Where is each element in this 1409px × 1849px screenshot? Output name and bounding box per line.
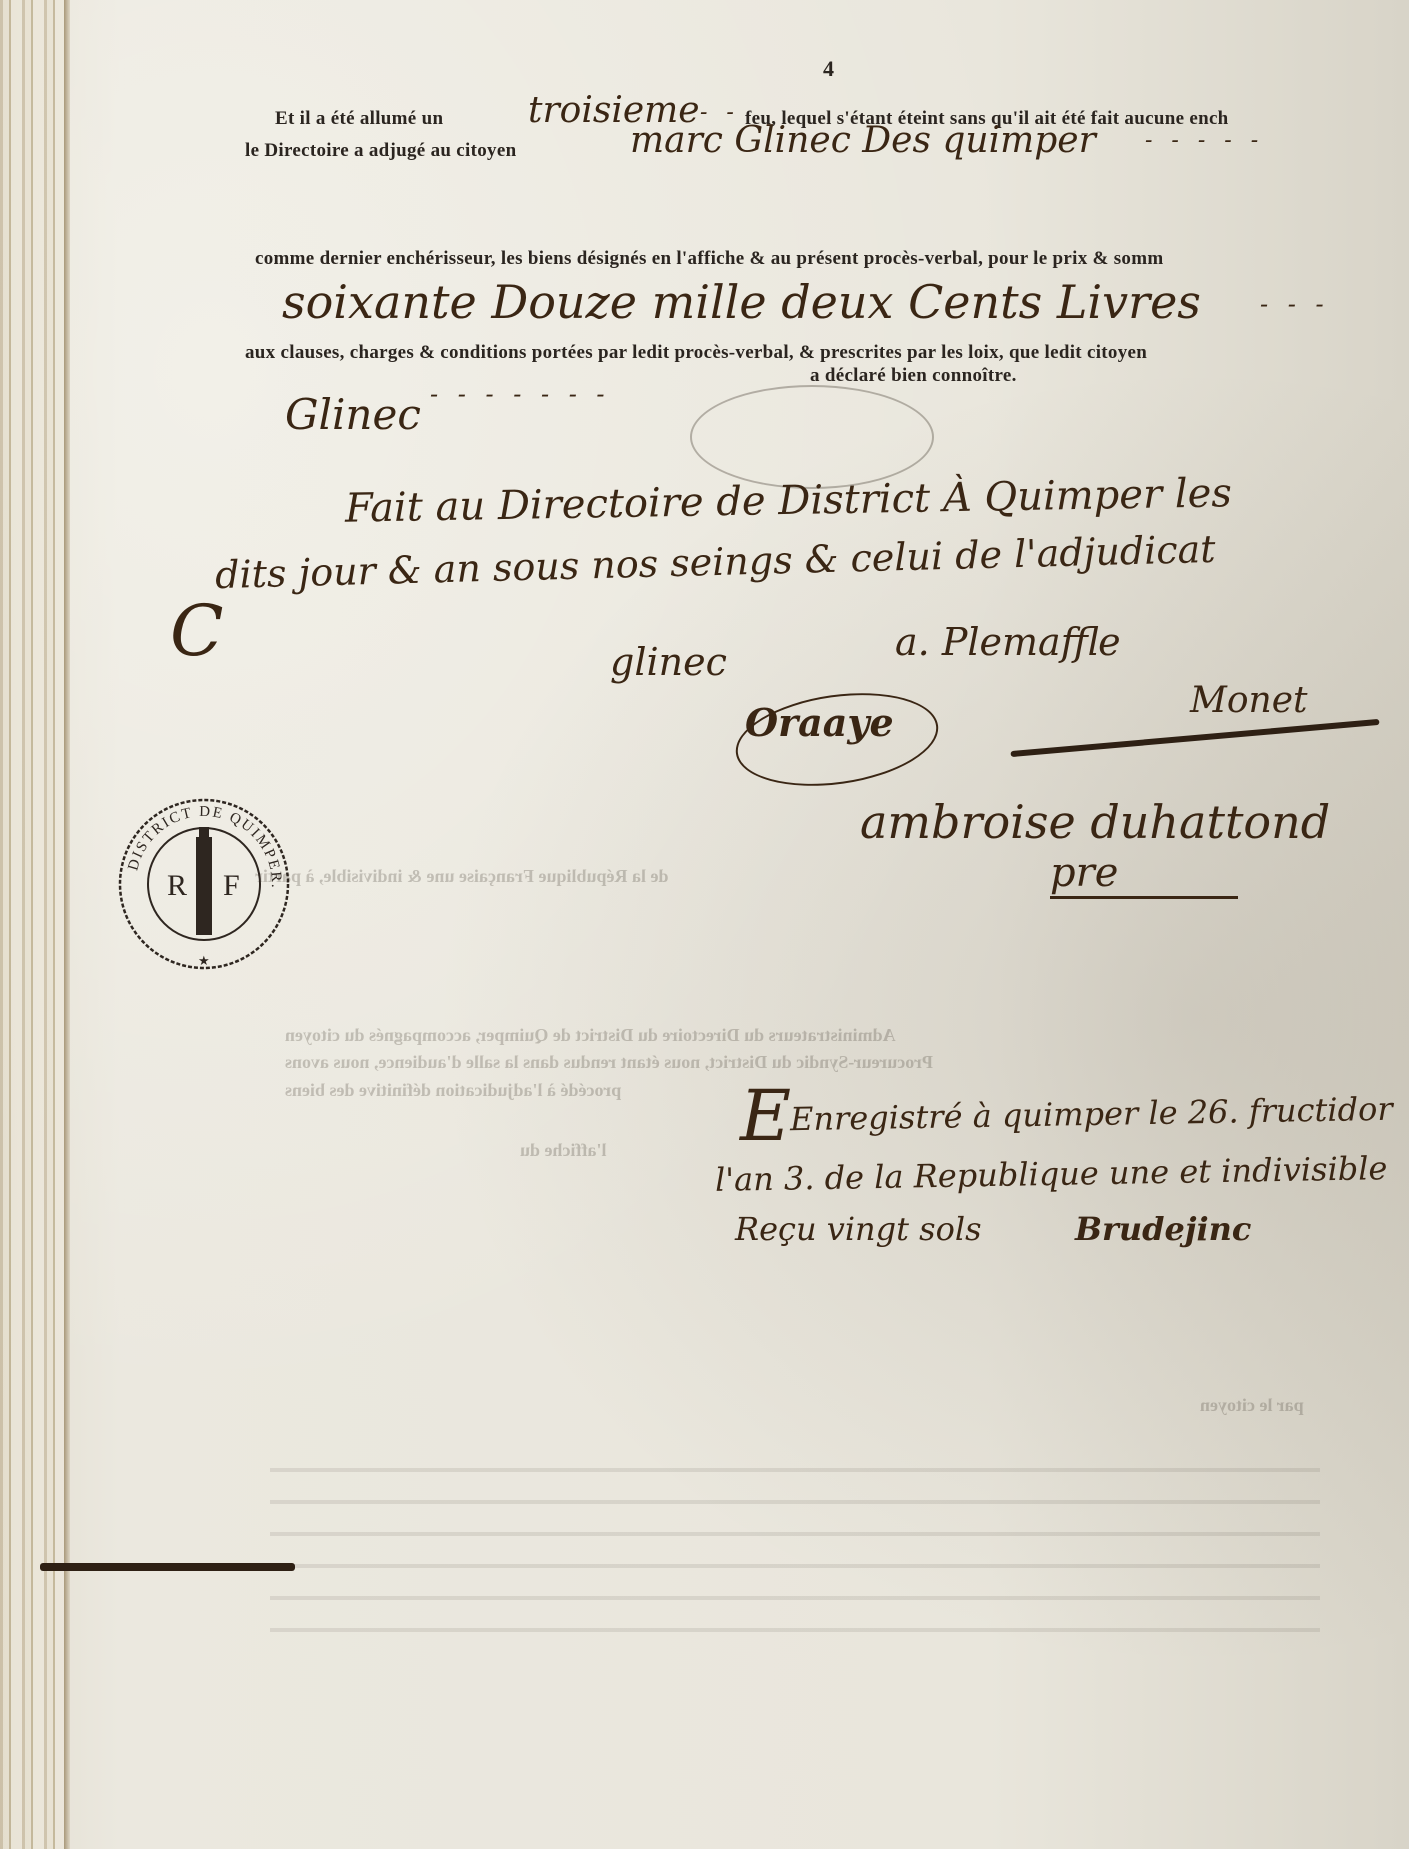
show-through-line: Administrateurs du Directoire du Distric… (285, 1025, 896, 1046)
show-through-line: Procureur-Syndic du District, nous étant… (285, 1052, 933, 1073)
district-seal-stamp: DISTRICT DE QUIMPER. R F ★ (115, 795, 293, 973)
show-through-line: procédé à l'adjudication définitive des … (285, 1080, 621, 1101)
signature-glinec: glinec (610, 640, 727, 684)
show-through-line: de la République Française une & indivis… (255, 866, 669, 887)
handwritten-flourish: C (170, 590, 224, 672)
printed-text: Et il a été allumé un (275, 108, 443, 130)
printed-text: le Directoire a adjugé au citoyen (245, 140, 516, 162)
show-through-line: l'affiche du (520, 1140, 607, 1161)
signature-underline-stroke (1010, 719, 1379, 757)
show-through-handwriting (270, 1440, 1320, 1640)
handwritten-flourish-e: E (740, 1075, 791, 1157)
binding-edge (64, 0, 70, 1849)
printed-text: aux clauses, charges & conditions portée… (245, 342, 1147, 364)
registration-signature: Brudejinc (1075, 1210, 1251, 1248)
svg-text:F: F (223, 869, 240, 902)
signature-ambroise: ambroise duhattond (860, 795, 1330, 849)
scanned-document-page: Administrateurs du Directoire du Distric… (0, 0, 1409, 1849)
handwritten-closing-line-1: Fait au Directoire de District À Quimper… (345, 470, 1233, 531)
registration-line-2: l'an 3. de la Republique une et indivisi… (715, 1149, 1388, 1199)
handwritten-buyer-short: Glinec (285, 390, 421, 439)
signature-monet: Monet (1190, 680, 1308, 721)
signature-flourish-oval (730, 681, 944, 798)
handwritten-dashes: - - - (1260, 290, 1330, 318)
printed-text: comme dernier enchérisseur, les biens dé… (255, 248, 1163, 270)
page-number: 4 (823, 56, 834, 82)
handwritten-buyer: marc Glinec Des quimper (630, 120, 1096, 161)
signature-pre: pre (1050, 850, 1238, 899)
margin-ink-stroke (40, 1563, 295, 1571)
registration-line-1: Enregistré à quimper le 26. fructidor (790, 1090, 1393, 1139)
handwritten-price: soixante Douze mille deux Cents Livres (282, 275, 1201, 329)
faint-oval-stamp (690, 385, 934, 489)
registration-line-3: Reçu vingt sols (735, 1210, 982, 1248)
svg-text:★: ★ (198, 953, 210, 968)
printed-text: a déclaré bien connoître. (810, 365, 1017, 387)
handwritten-dashes: - - - - - - - (430, 380, 611, 408)
book-binding (0, 0, 70, 1849)
svg-text:R: R (167, 869, 187, 902)
handwritten-dashes: - - - - - (1145, 128, 1264, 153)
handwritten-closing-line-2: dits jour & an sous nos seings & celui d… (215, 527, 1216, 597)
signature-plemaffle: a. Plemaffle (895, 620, 1121, 664)
show-through-line: par le citoyen (1200, 1395, 1304, 1416)
